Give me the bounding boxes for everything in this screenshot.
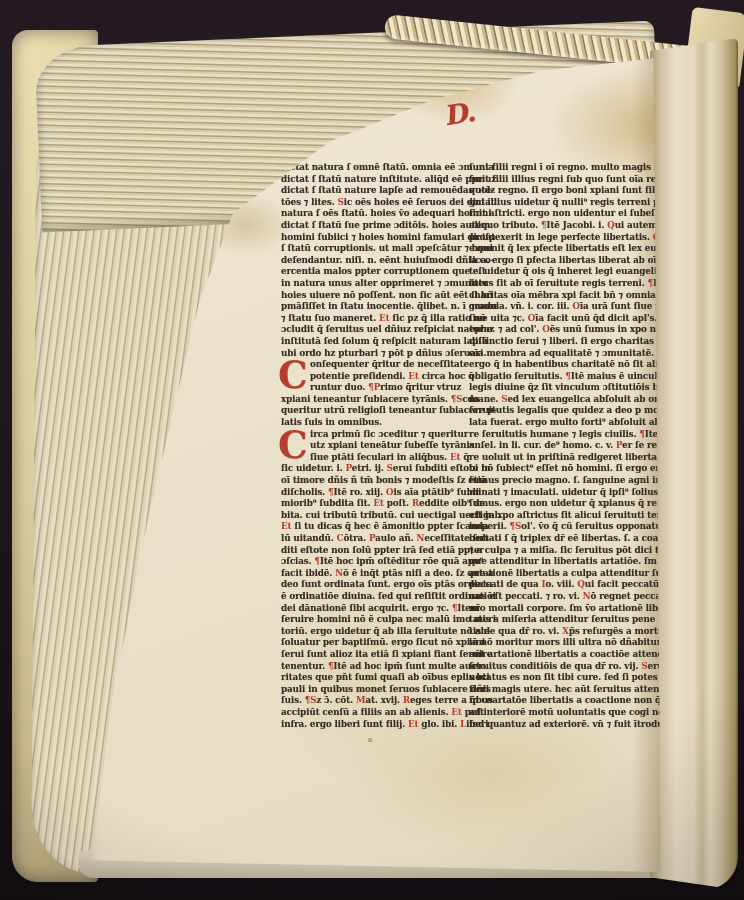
text-run: ſunt filii illius regni ſub quo ſunt oīa… [469, 175, 686, 185]
text-run: ephe. ⁊ ad col'. [469, 325, 542, 335]
text-line: tatis a miſeria attenditur ſeruitus pene… [469, 615, 657, 627]
text-run: lutus ſit ab oī ſeruitute regis terreni. [469, 279, 648, 289]
text-line: ɔmunia. vn̄. i. cor. iii. Oīa urā ſunt ſ… [469, 302, 657, 314]
text-run: lica. ergo ſi pfecta libertas liberat ab… [469, 256, 683, 266]
text-run: ɔmunia. vn̄. i. cor. iii. [469, 302, 572, 312]
text-line: homini ſubiici ⁊ hoies homini famulari d… [281, 233, 469, 245]
text-run: natura ſ oēs ſtatū. hoies v̄o adequari h… [281, 209, 491, 219]
text-run: onſequenter q̄ritur de neceſſitate [310, 360, 469, 370]
text-line: ſ ſtatū corruptionis. ut mali ɔpeſcātur … [281, 244, 469, 256]
text-run: toriū. ergo uidetur q̄ ab illa ſeruitute… [281, 627, 490, 637]
text-run: ui autem [615, 221, 658, 231]
text-run: exponit q̄ lex pfecte libertatis eſt lex… [469, 244, 674, 254]
text-line: ſoluatur per baptiſmū. ergo ſicut nō xpi… [281, 638, 469, 650]
text-run: mane. [469, 395, 501, 405]
text-run: ſiue uita ⁊c. [469, 314, 528, 324]
text-run: ſunt filii regni ī oī regno. multo magis… [469, 163, 679, 173]
text-run: facit ibidē. [281, 569, 335, 579]
text-line: ſunt filii regni ī oī regno. multo magis… [469, 163, 657, 175]
text-line: legis diuine q̄z ſit vinculum ɔſtitutiōi… [469, 383, 657, 395]
text-run: etri. ij. [352, 464, 387, 474]
text-line: artationē libertatis a culpa attenditur … [469, 569, 657, 581]
text-block: Circa primū ſic ɔceditur ⁊ queriturutz x… [281, 430, 469, 731]
text-run: diſcholis. [281, 488, 328, 498]
text-line: ɔcludit q̄ ſeruitus uel dñiuz reſpiciat … [281, 325, 469, 337]
rubric-mark: R [412, 499, 419, 509]
rubric-mark: R [403, 696, 410, 706]
text-line: dictat natura ſ omnē ſtatū. omnia eē ɔmu… [281, 163, 469, 175]
text-line: ſerui ſunt alioz ita etiā ſi xpiani fian… [281, 650, 469, 662]
text-line: xpiani teneantur ſubiacere tyrānis. ¶Scd… [281, 395, 469, 407]
text-run: dictat natura ſ omnē ſtatū. omnia eē ɔmu… [281, 163, 494, 173]
text-run: oī timore dñis ñ tm̄ bonis ⁊ modeſtis ſz… [281, 476, 486, 486]
text-line: charitas oīa mēbra xpi facit bn̄ ⁊ omnia… [469, 291, 657, 303]
text-run: ſed quantuz ad exteriorē. vn̄ ⁊ fuit ītr… [469, 720, 678, 730]
text-run: diti eſtote non ſolū ppter irā ſed etiā … [281, 546, 484, 556]
text-line: eſt in xpo aſtrictus ſit alicui ſeruitut… [469, 511, 657, 523]
rubric-mark: Et [408, 720, 418, 730]
text-line: toriū. ergo uidetur q̄ ab illa ſeruitute… [281, 627, 469, 639]
text-run: legis diuine q̄z ſit vinculum ɔſtitutiōi… [469, 383, 668, 393]
text-line: dei dānationē ſibi acquirit. ergo ⁊c. ¶I… [281, 604, 469, 616]
text-line: re uoluit ut in priſtinā redigeret liber… [469, 453, 657, 465]
text-line: bi hō ſubiect⁹ eſſet nō homini. ſi ergo … [469, 464, 657, 476]
text-run: ⁊ a culpa ⁊ a miſīa. ſic ſeruitus pōt di… [469, 546, 680, 556]
text-run: bita. cui tributū tributū. cui uectigal … [281, 511, 501, 521]
text-run: nr̄o mortali corpore. ſm v̄o artationē l… [469, 604, 668, 614]
text-line: aliquo tributo. ¶Itē Jacobi. i. Qui aute… [469, 221, 657, 233]
text-line: diti eſtote non ſolū ppter irā ſed etiā … [281, 546, 469, 558]
text-line: dictat ſ ſtatū ſue prime ɔditōis. hoies … [281, 221, 469, 233]
text-run: in coartatōe libertatis a coactione non … [469, 696, 680, 706]
text-run: ſiue ptāti ſeculari in aliq̄bus. [310, 453, 450, 463]
text-run: uocatus es non ſit tibi cure. ſed ſi pot… [469, 673, 683, 683]
text-line: imperii. ¶Sol'. v̄o q̄ cū ſeruitus oppon… [469, 522, 657, 534]
text-run: ſeruitus conditiōis de qua dr̄ ro. vij. [469, 662, 641, 672]
text-line: proſpexerit in lege perfecte libertatis.… [469, 233, 657, 245]
text-line: inſtitutā ſed ſolum q̄ reſpicit naturam … [281, 337, 469, 349]
text-run: ſ ſtatū corruptionis. ut mali ɔpeſcātur … [281, 244, 493, 254]
text-run: re uoluit ut in priſtinā redigeret liber… [469, 453, 686, 463]
text-line: ſunt filii illius regni ſub quo ſunt oīa… [469, 175, 657, 187]
text-run: charitas oīa mēbra xpi facit bn̄ ⁊ omnia… [469, 291, 680, 301]
text-run: re ſeruitutis humane ⁊ legis ciuilis. [469, 430, 639, 440]
text-line: aūt artationē libertatis a coactiōe atte… [469, 650, 657, 662]
text-column-right: ſunt filii regni ī oī regno. multo magis… [469, 163, 657, 731]
text-line: in natura unus alter opprimeret ⁊ ɔmunit… [281, 279, 469, 291]
text-run: que attenditur in libertatis artatiōe. ſ… [469, 557, 679, 567]
text-run: runtur duo. [310, 383, 368, 393]
rubric-mark: N [583, 592, 591, 602]
text-line: tōes ⁊ lites. Sic oēs hoies eē ſeruos de… [281, 198, 469, 210]
text-run: z ɔ̄. cōt. [316, 696, 355, 706]
rubric-mark: Q [577, 580, 585, 590]
text-line: dictat ſ ſtatū nature lapſe ad remouēdas… [281, 186, 469, 198]
text-run: in natura unus alter opprimeret ⁊ ɔmunit… [281, 279, 488, 289]
text-run: ɔſcias. [281, 557, 314, 567]
text-run: poſt. [384, 499, 412, 509]
text-run: q̄ [460, 453, 469, 463]
text-run: aliquo tributo. [469, 221, 541, 231]
text-run: aulo añ. [375, 534, 416, 544]
text-line: lū uitandū. Cōtra. Paulo añ. Neceſſitate… [281, 534, 469, 546]
rubric-mark: Et [450, 453, 460, 463]
text-line: que attenditur in libertatis artatiōe. ſ… [469, 557, 657, 569]
text-line: quolz regno. ſi ergo boni xpiani ſunt fi… [469, 186, 657, 198]
text-run: ſeruire homini nō ē culpa nec malū imo m… [281, 615, 496, 625]
text-run: dictat ſ ſtatū nature lapſe ad remouēdas… [281, 186, 494, 196]
text-run: ercentia malos ppter corruptionem que eſ… [281, 267, 486, 277]
text-run: o. viii. [545, 580, 577, 590]
text-line: ſiue ptāti ſeculari in aliq̄bus. Et q̄ [281, 453, 469, 465]
text-run: hoies uiuere nō poſſent. non ſic aūt eēt… [281, 291, 493, 301]
text-line: re ſeruitutis humane ⁊ legis ciuilis. ¶I… [469, 430, 657, 442]
text-line: ſumus. ergo non uidetur q̄ xpianus q̄ re… [469, 499, 657, 511]
text-run: miorib⁹ ſubdita ſit. [281, 499, 373, 509]
text-line: ephe. ⁊ ad col'. Oēs unū ſumus in xpo ne… [469, 325, 657, 337]
text-line: ſeruitus conditiōis de qua dr̄ ro. vij. … [469, 662, 657, 674]
text-run: Itē Jacobi. i. [546, 221, 607, 231]
text-line: gni illius uidetur q̄ nulli⁹ regis terre… [469, 198, 657, 210]
text-run: p̄s reſurgēs a mortuis [569, 627, 672, 637]
text-line: oī timore dñis ñ tm̄ bonis ⁊ modeſtis ſz… [281, 476, 469, 488]
text-run: defendantur. niſi. n. eēnt huiuſmodi dñi… [281, 256, 494, 266]
text-line: ubi ordo hz pturbari ⁊ pōt p dñius ɔſeru… [281, 349, 469, 361]
text-line: te. uidetur q̄ ois q̄ inheret legi euang… [469, 267, 657, 279]
text-run: ſi tu dicas q̄ hec ē āmonitio ppter ſcan… [291, 522, 488, 532]
text-run: peccati de qua [469, 580, 542, 590]
text-run: is aīa ptātib⁹ ſubli [393, 488, 479, 498]
text-run: ē ordinatiōe diuina. ſed qui reſiſtit or… [281, 592, 496, 602]
text-line: runtur duo. ¶Primo q̄ritur vtruz [281, 383, 469, 395]
text-line: utz xpiani teneātur ſubeſſe tyrānis [281, 441, 469, 453]
text-line: ſic uidetur. i. Petri. ij. Serui ſubditi… [281, 464, 469, 476]
text-line: lata fuerat. ergo multo forti⁹ abſoluit … [469, 418, 657, 430]
text-run: infra. ergo liberi ſunt filij. [281, 720, 408, 730]
text-run: ſumus precio magno. ſ. ſanguine agni inc… [469, 476, 682, 486]
text-run: deo ſunt ordinata ſunt. ergo oīs ptās or… [281, 580, 492, 590]
text-run: te. uidetur q̄ ois q̄ inheret legi euang… [469, 267, 684, 277]
text-line: bertati ſ q̄ triplex dr̄ eē libertas. ſ.… [469, 534, 657, 546]
text-line: ſiue uita ⁊c. Oīa facit unū q̄d dicit ap… [469, 314, 657, 326]
text-line: ſuis. ¶Sz ɔ̄. cōt. Mat. xvij. Reges terr… [281, 696, 469, 708]
text-run: pmāſiſſet in ſtatu inocentie. q̄libet. n… [281, 302, 497, 312]
text-line: latis ſuis in omnibus. [281, 418, 469, 430]
text-line: ercentia malos ppter corruptionem que eſ… [281, 267, 469, 279]
text-line: tis de qua dr̄ ro. vi. Xp̄s reſurgēs a m… [469, 627, 657, 639]
text-line: lutus ſit ab oī ſeruitute regis terreni.… [469, 279, 657, 291]
text-line: pmāſiſſet in ſtatu inocentie. q̄libet. n… [281, 302, 469, 314]
text-run: dei dānationē ſibi acquirit. ergo ⁊c. [281, 604, 452, 614]
text-run: at. xvij. [365, 696, 402, 706]
text-run: minati ⁊ imaculati. uidetur q̄ ipſi⁹ ſol… [469, 488, 684, 498]
text-line: infra. ergo liberi ſunt filij. Et glo. i… [281, 720, 469, 732]
text-line: peccati de qua Io. viii. Qui facit pecca… [469, 580, 657, 592]
text-line: minati ⁊ imaculati. uidetur q̄ ipſi⁹ ſol… [469, 488, 657, 500]
text-run: ol'. v̄o q̄ cū ſeruitus opponatur li [521, 522, 675, 532]
quire-signature-mark: a [368, 736, 372, 744]
text-run: ōtra. [343, 534, 369, 544]
text-run: tatis a miſeria attenditur ſeruitus pene… [469, 615, 685, 625]
rubric-mark: O [572, 302, 580, 312]
text-line: fieri magis utere. hec aūt ſeruitus atte… [469, 685, 657, 697]
text-run: bertati ſ q̄ triplex dr̄ eē libertas. ſ.… [469, 534, 678, 544]
text-run: ubi ordo hz pturbari ⁊ pōt p dñius ɔſeru… [281, 349, 486, 359]
text-run: glo. ibi. [418, 720, 460, 730]
rubric-mark: Et [281, 522, 291, 532]
text-line: ⁊ ſtatu ſuo maneret. Et ſic pz q̄ illa r… [281, 314, 469, 326]
text-run: ſeruitutis legalis que quidez a deo p mo… [469, 406, 679, 416]
text-block: ſunt filii regni ī oī regno. multo magis… [469, 163, 657, 731]
text-line: oīa membra ad equalitatē ⁊ ɔmunitatē. ui… [469, 349, 657, 361]
text-run: pauli in quibus monet ſeruos ſubiacere d… [281, 685, 491, 695]
text-line: mane. Sed lex euangelica abſoluit ab one… [469, 395, 657, 407]
text-run: Itē maius ē uinculuz [571, 372, 669, 382]
text-run: dictat ſ ſtatū ſue prime ɔditōis. hoies … [281, 221, 490, 231]
rubric-mark: O [542, 325, 550, 335]
text-line: ſumus precio magno. ſ. ſanguine agni inc… [469, 476, 657, 488]
text-run: proſpexerit in lege perfecte libertatis. [469, 233, 653, 243]
rubric-mark: Q [607, 221, 615, 231]
text-line: ē ordinatiōe diuina. ſed qui reſiſtit or… [281, 592, 469, 604]
text-run: accipiūt cenſū a filiis an ab alienis. [281, 708, 451, 718]
text-run: tenentur. [281, 662, 328, 672]
rubric-mark: M [356, 696, 366, 706]
text-line: facit ibidē. Nō ē inq̄t ptās niſi a deo.… [281, 569, 469, 581]
text-run: imperii. [469, 522, 510, 532]
text-run: anſel. in li. cur. de⁹ homo. c. v. [469, 441, 616, 451]
text-line: bita. cui tributū tributū. cui uectigal … [281, 511, 469, 523]
text-run: uus eſt peccati. ⁊ ro. vi. [469, 592, 583, 602]
text-run: utz xpiani teneātur ſubeſſe tyrānis [310, 441, 474, 451]
text-run: circa hoc q̄ [419, 372, 475, 382]
text-line: lica. ergo ſi pfecta libertas liberat ab… [469, 256, 657, 268]
text-run: inſtitutā ſed ſolum q̄ reſpicit naturam … [281, 337, 487, 347]
text-line: diſtinctio ſerui ⁊ liberi. ſi ergo chari… [469, 337, 657, 349]
rubric-mark: Et [408, 372, 418, 382]
text-run: gni illius uidetur q̄ nulli⁹ regis terre… [469, 198, 678, 208]
text-line: ſint aſtricti. ergo non uidentur ei ſube… [469, 209, 657, 221]
text-line: ritates que pn̄t ſumi quaſi ab oībus epl… [281, 673, 469, 685]
text-line: anſel. in li. cur. de⁹ homo. c. v. Per ſ… [469, 441, 657, 453]
text-run: oīa membra ad equalitatē ⁊ ɔmunitatē. ui… [469, 349, 682, 359]
text-run: ſuis. [281, 696, 305, 706]
text-line: obligatio ſeruitutis. ¶Itē maius ē uincu… [469, 372, 657, 384]
text-line: ſed quantuz ad exteriorē. vn̄ ⁊ fuit ītr… [469, 720, 657, 732]
text-run: ad interiorē motū uoluntatis que cogi nō… [469, 708, 683, 718]
text-run: potentie preſidendi. [310, 372, 408, 382]
text-run: tōes ⁊ lites. [281, 198, 337, 208]
photograph-of-incunable-opening: D. dictat natura ſ omnē ſtatū. omnia eē … [0, 0, 744, 900]
text-run: ed lex euangelica abſoluit ab onere [507, 395, 675, 405]
text-line: dictat ſ ſtatū nature inſtitute. aliq̄d … [281, 175, 469, 187]
text-line: ergo q̄ in habentibus charitatē nō ſit a… [469, 360, 657, 372]
rubricated-initial: C [278, 427, 307, 463]
text-line: ad interiorē motū uoluntatis que cogi nō… [469, 708, 657, 720]
text-run: lata fuerat. ergo multo forti⁹ abſoluit … [469, 418, 681, 428]
text-line: queritur utrū religioſi teneantur ſubiac… [281, 406, 469, 418]
text-run: ɔcludit q̄ ſeruitus uel dñiuz reſpiciat … [281, 325, 494, 335]
text-line: pauli in quibus monet ſeruos ſubiacere d… [281, 685, 469, 697]
text-run: Itē ro. xiij. [333, 488, 385, 498]
rubric-mark: N [335, 569, 343, 579]
text-line: uocatus es non ſit tibi cure. ſed ſi pot… [469, 673, 657, 685]
text-run: lū uitandū. [281, 534, 337, 544]
text-line: diſcholis. ¶Itē ro. xiij. Ois aīa ptātib… [281, 488, 469, 500]
text-column-left: dictat natura ſ omnē ſtatū. omnia eē ɔmu… [281, 163, 469, 731]
text-line: onſequenter q̄ritur de neceſſitate [281, 360, 469, 372]
facing-page-sliver [650, 38, 738, 890]
text-run: artationē libertatis a culpa attenditur … [469, 569, 680, 579]
text-run: queritur utrū religioſi teneantur ſubiac… [281, 406, 497, 416]
text-line: tenentur. ¶Itē ad hoc ipm̄ ſunt multe au… [281, 662, 469, 674]
rubricated-folio-letter: D. [444, 95, 488, 132]
rubric-mark: Et [451, 708, 461, 718]
text-run: obligatio ſeruitutis. [469, 372, 565, 382]
text-line: defendantur. niſi. n. eēnt huiuſmodi dñi… [281, 256, 469, 268]
text-run: ſoluatur per baptiſmū. ergo ſicut nō xpi… [281, 638, 485, 648]
text-run: iā nō moritur mors illi ultra nō dñabitu… [469, 638, 679, 648]
text-block: Conſequenter q̄ritur de neceſſitatepoten… [281, 360, 469, 430]
text-run: dictat ſ ſtatū nature inſtitute. aliq̄d … [281, 175, 496, 185]
text-line: deo ſunt ordinata ſunt. ergo oīs ptās or… [281, 580, 469, 592]
text-run: Itē ad hoc ipm̄ ſunt multe aucto [333, 662, 486, 672]
text-line: in coartatōe libertatis a coactione non … [469, 696, 657, 708]
text-run: ſumus. ergo non uidetur q̄ xpianus q̄ re… [469, 499, 676, 509]
text-line: accipiūt cenſū a filiis an ab alienis. E… [281, 708, 469, 720]
text-run: ſerui ſunt alioz ita etiā ſi xpiani fian… [281, 650, 492, 660]
text-line: exponit q̄ lex pfecte libertatis eſt lex… [469, 244, 657, 256]
text-run: ſint aſtricti. ergo non uidentur ei ſube… [469, 209, 676, 219]
rubric-mark: X [562, 627, 569, 637]
text-run: Itē hoc ipm̄ oſtēditur rōe quā apo⁹ [320, 557, 483, 567]
text-run: bi hō ſubiect⁹ eſſet nō homini. ſi ergo … [469, 464, 678, 474]
text-line: ſeruitutis legalis que quidez a deo p mo… [469, 406, 657, 418]
text-line: iā nō moritur mors illi ultra nō dñabitu… [469, 638, 657, 650]
text-run: ritates que pn̄t ſumi quaſi ab oībus epl… [281, 673, 490, 683]
rubric-mark: Et [379, 314, 389, 324]
text-run: tis de qua dr̄ ro. vi. [469, 627, 562, 637]
text-line: ⁊ a culpa ⁊ a miſīa. ſic ſeruitus pōt di… [469, 546, 657, 558]
text-run: quolz regno. ſi ergo boni xpiani ſunt fi… [469, 186, 674, 196]
text-line: ſeruire homini nō ē culpa nec malū imo m… [281, 615, 469, 627]
text-run: homini ſubiici ⁊ hoies homini famulari d… [281, 233, 495, 243]
text-line: Et ſi tu dicas q̄ hec ē āmonitio ppter ſ… [281, 522, 469, 534]
text-line: potentie preſidendi. Et circa hoc q̄ [281, 372, 469, 384]
text-run: fieri magis utere. hec aūt ſeruitus atte… [469, 685, 683, 695]
text-run: aūt artationē libertatis a coactiōe atte… [469, 650, 681, 660]
text-line: irca primū ſic ɔceditur ⁊ queritur [281, 430, 469, 442]
rubricated-initial: C [278, 357, 307, 393]
text-line: natura ſ oēs ſtatū. hoies v̄o adequari h… [281, 209, 469, 221]
text-run: rimo q̄ritur vtruz [380, 383, 461, 393]
rubric-mark: Et [373, 499, 383, 509]
text-line: miorib⁹ ſubdita ſit. Et poſt. Reddite oi… [281, 499, 469, 511]
text-block: dictat natura ſ omnē ſtatū. omnia eē ɔmu… [281, 163, 469, 360]
text-line: ɔſcias. ¶Itē hoc ipm̄ oſtēditur rōe quā … [281, 557, 469, 569]
text-line: nr̄o mortali corpore. ſm v̄o artationē l… [469, 604, 657, 616]
text-run: ergo q̄ in habentibus charitatē nō ſit a… [469, 360, 676, 370]
text-line: uus eſt peccati. ⁊ ro. vi. Nō regnet pec… [469, 592, 657, 604]
text-run: ⁊ ſtatu ſuo maneret. [281, 314, 379, 324]
text-run: irca primū ſic ɔceditur ⁊ queritur [310, 430, 468, 440]
text-run: eſt in xpo aſtrictus ſit alicui ſeruitut… [469, 511, 680, 521]
text-line: hoies uiuere nō poſſent. non ſic aūt eēt… [281, 291, 469, 303]
